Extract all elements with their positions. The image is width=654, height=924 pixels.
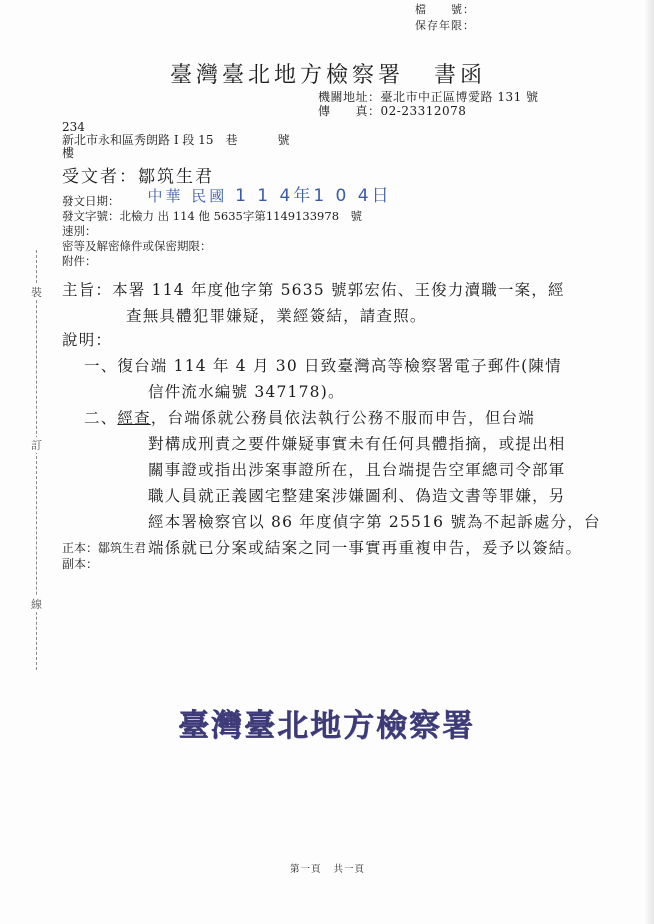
address-line-2: 樓 — [62, 147, 289, 160]
agency-name: 臺灣臺北地方檢察署 — [170, 63, 404, 88]
document-meta: 發文日期：中華 民國 1 1 4年1 0 4日 發文字號：北檢力 出 114 他… — [62, 193, 392, 269]
date-stamp: 中華 民國 1 1 4年1 0 4日 — [148, 187, 392, 205]
receiver: 受文者：鄒筑生君 — [62, 162, 214, 187]
receiver-name: 鄒筑生君 — [138, 167, 214, 187]
file-number-label: 檔 號： — [415, 2, 475, 18]
subject-line-1: 本署 114 年度他字第 5635 號郭宏佑、王俊力瀆職一案，經 — [112, 281, 565, 299]
document-number: 北檢力 出 114 他 5635字第1149133978 號 — [120, 209, 363, 223]
document-title: 臺灣臺北地方檢察署書函 — [170, 58, 486, 89]
recipient-address: 234 新北市永和區秀朗路 I 段 15 巷號 樓 — [62, 121, 289, 160]
file-fields: 檔 號： 保存年限： — [415, 2, 475, 34]
secrecy-label: 密等及解密條件或保密期限： — [62, 239, 392, 254]
binding-mark: 裝 — [31, 284, 42, 300]
explanation-label: 說明： — [62, 327, 601, 353]
explanation: 說明： 一、復台端 114 年 4 月 30 日致臺灣高等檢察署電子郵件(陳情 … — [62, 327, 601, 561]
page-number: 第一頁 — [290, 864, 322, 875]
agency-info: 機關地址：臺北市中正區博愛路 131 號 傳 真：02-23312078 — [318, 90, 539, 118]
address-line-1: 新北市永和區秀朗路 I 段 15 巷 — [62, 133, 237, 147]
date-label: 發文日期： — [62, 194, 120, 208]
address-label: 機關地址： — [318, 90, 381, 104]
attachment-label: 附件： — [62, 254, 392, 269]
subject: 主旨：本署 114 年度他字第 5635 號郭宏佑、王俊力瀆職一案，經 查無具體… — [62, 277, 565, 329]
explanation-item-2: 二、經查，台端係就公務員依法執行公務不服而申告，但台端 對構成刑責之要件嫌疑事實… — [62, 405, 601, 561]
agency-fax: 02-23312078 — [381, 104, 467, 118]
copies: 正本：鄒筑生君 副本： — [62, 540, 146, 572]
address-line-1-number: 號 — [277, 133, 289, 147]
page-footer: 第一頁共一頁 — [290, 861, 365, 875]
agency-seal-stamp: 臺灣臺北地方檢察署 — [178, 700, 475, 745]
duplicate-label: 副本： — [62, 556, 146, 572]
number-label: 發文字號： — [62, 209, 120, 223]
fax-label: 傳 真： — [318, 104, 381, 118]
binding-mark: 線 — [31, 596, 42, 612]
subject-label: 主旨： — [62, 281, 112, 299]
page-edge-shadow — [644, 0, 654, 924]
original-label: 正本： — [62, 541, 98, 555]
receiver-label: 受文者： — [62, 167, 138, 187]
speed-label: 速別： — [62, 224, 392, 239]
binding-mark: 訂 — [31, 437, 42, 453]
original-recipient: 鄒筑生君 — [98, 541, 146, 555]
document-type: 書函 — [434, 63, 486, 88]
agency-address: 臺北市中正區博愛路 131 號 — [381, 90, 539, 104]
explanation-item-1: 一、復台端 114 年 4 月 30 日致臺灣高等檢察署電子郵件(陳情 信件流水… — [62, 353, 601, 405]
retention-label: 保存年限： — [415, 18, 475, 34]
page-total: 共一頁 — [334, 864, 366, 875]
subject-line-2: 查無具體犯罪嫌疑，業經簽結，請查照。 — [62, 303, 565, 329]
